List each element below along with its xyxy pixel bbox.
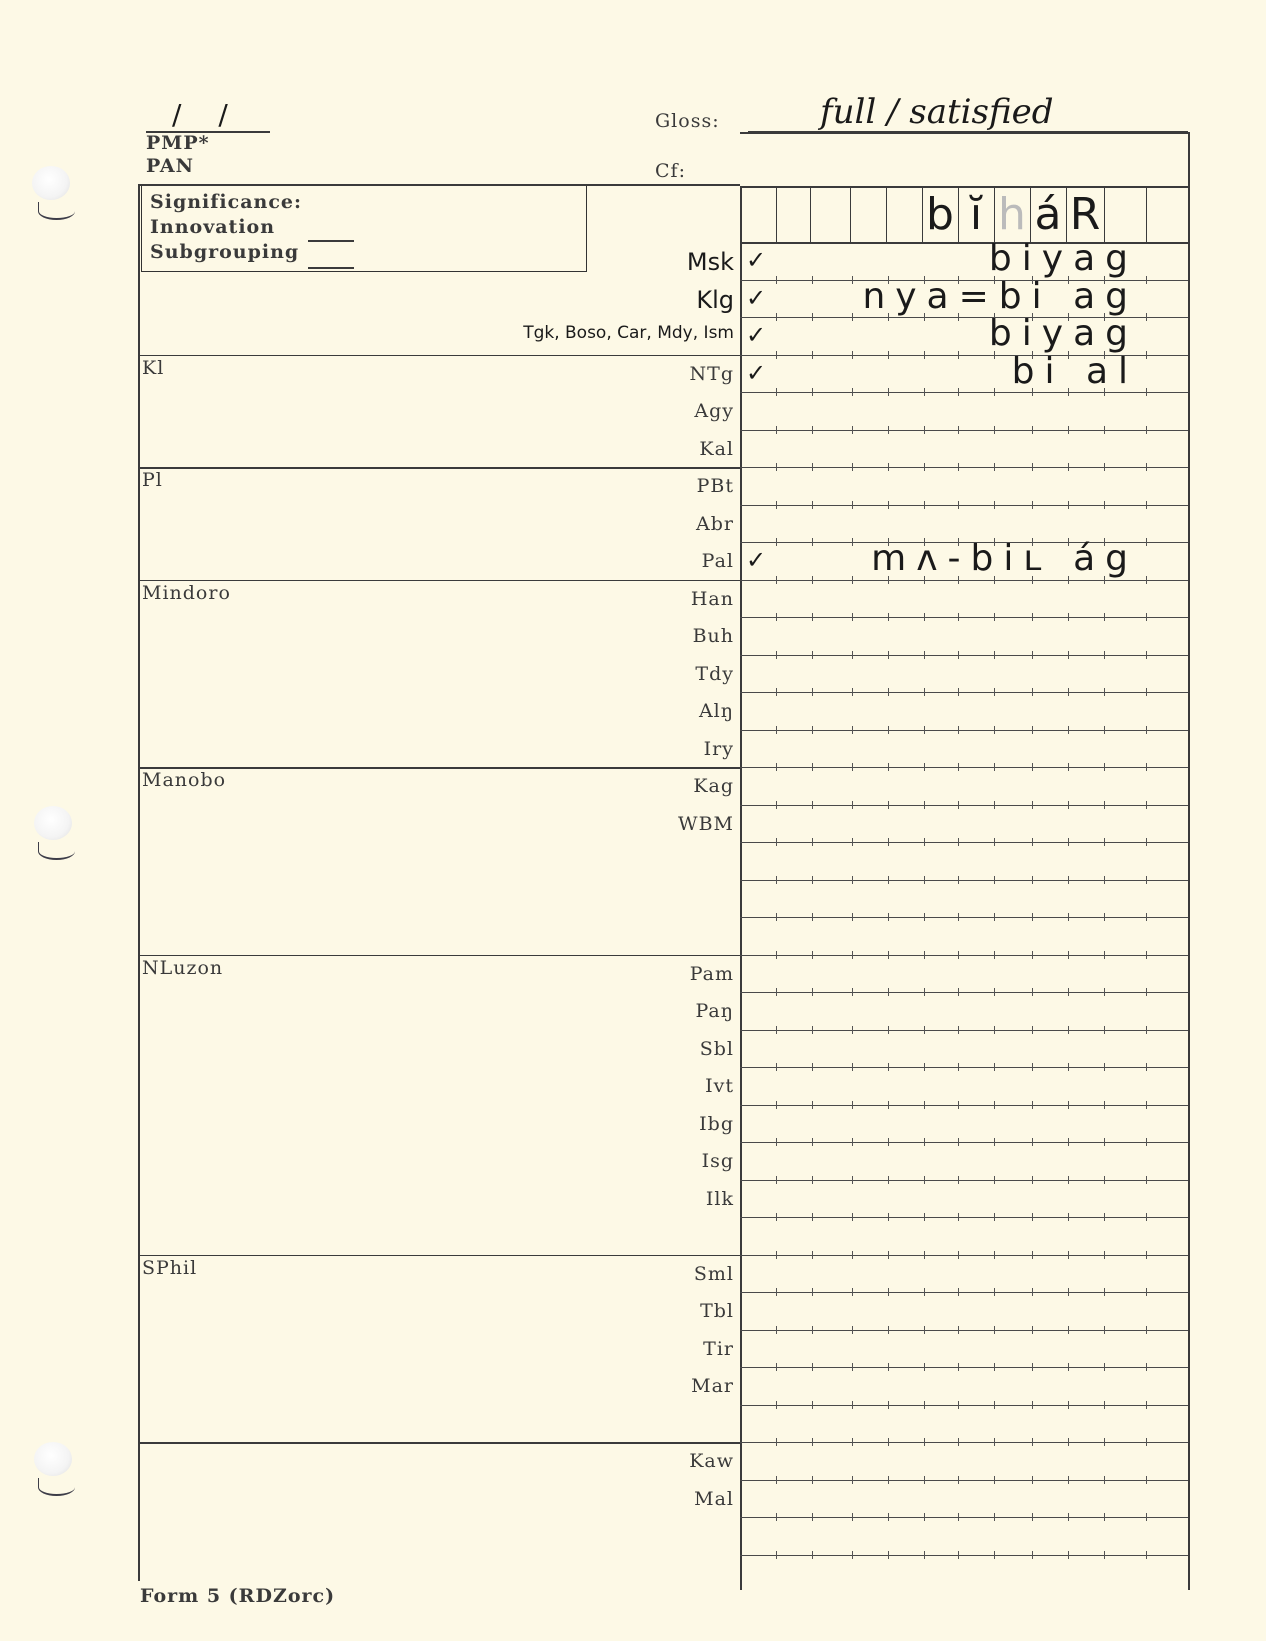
- language-label: Agy: [694, 400, 734, 422]
- row-tick: [888, 726, 889, 734]
- row-tick: [888, 1138, 889, 1146]
- innovation-label: Innovation: [150, 216, 275, 238]
- language-label: Isg: [702, 1150, 734, 1172]
- subgrouping-blank[interactable]: [308, 267, 354, 269]
- language-label: PBt: [697, 475, 734, 497]
- row-tick: [1068, 801, 1069, 809]
- row-tick: [852, 1438, 853, 1446]
- row-tick: [994, 1213, 995, 1221]
- row-tick: [888, 1251, 889, 1259]
- innovation-blank[interactable]: [308, 240, 354, 242]
- language-label: Sml: [694, 1263, 734, 1285]
- language-label: Kaw: [689, 1450, 734, 1472]
- row-tick: [776, 1363, 777, 1371]
- row-tick: [1032, 1063, 1033, 1071]
- row-tick: [1068, 1288, 1069, 1296]
- row-tick: [852, 1026, 853, 1034]
- row-line: [740, 1292, 1188, 1293]
- row-tick: [958, 463, 959, 471]
- row-tick: [1104, 651, 1105, 659]
- row-tick: [1146, 913, 1147, 921]
- subgrouping-label: Subgrouping: [150, 241, 299, 263]
- group-label: Pl: [142, 469, 163, 491]
- language-label: NTg: [690, 363, 734, 385]
- row-tick: [852, 1326, 853, 1334]
- row-line: [740, 392, 1188, 393]
- row-tick: [852, 1476, 853, 1484]
- row-tick: [1146, 388, 1147, 396]
- row-tick: [888, 1438, 889, 1446]
- row-tick: [958, 388, 959, 396]
- row-tick: [852, 1551, 853, 1559]
- row-line: [740, 955, 1188, 956]
- check-mark-icon[interactable]: ✓: [746, 321, 766, 349]
- row-tick: [888, 988, 889, 996]
- row-tick: [1032, 463, 1033, 471]
- significance-title: Significance:: [150, 191, 302, 213]
- row-line: [740, 1517, 1188, 1518]
- recon-cell-divider: [1104, 186, 1105, 242]
- recon-cell[interactable]: h: [994, 190, 1030, 240]
- row-tick: [1146, 1476, 1147, 1484]
- row-tick: [776, 1551, 777, 1559]
- row-tick: [852, 426, 853, 434]
- row-tick: [852, 388, 853, 396]
- row-tick: [1146, 951, 1147, 959]
- row-line: [740, 1217, 1188, 1218]
- row-tick: [994, 613, 995, 621]
- row-tick: [924, 1138, 925, 1146]
- row-tick: [776, 1401, 777, 1409]
- row-tick: [776, 838, 777, 846]
- row-tick: [888, 1101, 889, 1109]
- row-tick: [776, 1176, 777, 1184]
- row-tick: [852, 988, 853, 996]
- row-tick: [852, 951, 853, 959]
- language-label: Pam: [690, 963, 734, 985]
- row-tick: [776, 1138, 777, 1146]
- row-line: [740, 842, 1188, 843]
- row-tick: [924, 1363, 925, 1371]
- row-tick: [1068, 1026, 1069, 1034]
- row-tick: [994, 951, 995, 959]
- row-line: [740, 1405, 1188, 1406]
- row-tick: [776, 276, 777, 284]
- row-tick: [852, 913, 853, 921]
- row-line: [740, 880, 1188, 881]
- row-tick: [776, 726, 777, 734]
- group-separator: [138, 355, 740, 357]
- row-tick: [1032, 1401, 1033, 1409]
- language-label: Tgk, Boso, Car, Mdy, Ism: [523, 323, 734, 343]
- row-tick: [958, 576, 959, 584]
- group-separator: [138, 1255, 740, 1257]
- row-tick: [852, 801, 853, 809]
- row-tick: [1104, 1551, 1105, 1559]
- row-tick: [1068, 1551, 1069, 1559]
- group-separator: [138, 955, 740, 957]
- left-frame-line: [138, 184, 140, 1580]
- language-label: Buh: [693, 625, 734, 647]
- row-tick: [994, 576, 995, 584]
- row-tick: [958, 651, 959, 659]
- row-tick: [1032, 726, 1033, 734]
- row-tick: [1146, 1026, 1147, 1034]
- row-tick: [888, 1063, 889, 1071]
- row-tick: [924, 1026, 925, 1034]
- row-tick: [958, 688, 959, 696]
- reflex-form[interactable]: biyag: [780, 238, 1178, 279]
- row-tick: [1104, 1363, 1105, 1371]
- language-label: Tir: [703, 1338, 734, 1360]
- row-tick: [958, 1476, 959, 1484]
- row-tick: [1146, 1176, 1147, 1184]
- gloss-value[interactable]: full / satisfied: [820, 92, 1054, 132]
- row-tick: [1068, 388, 1069, 396]
- punch-hole: [32, 166, 70, 200]
- row-tick: [924, 913, 925, 921]
- row-tick: [994, 1401, 995, 1409]
- row-tick: [888, 1363, 889, 1371]
- row-tick: [1146, 763, 1147, 771]
- language-label: Mar: [691, 1375, 734, 1397]
- top-frame-line: [740, 132, 1188, 134]
- row-tick: [994, 651, 995, 659]
- row-line: [740, 1105, 1188, 1106]
- row-tick: [776, 651, 777, 659]
- row-tick: [1068, 1363, 1069, 1371]
- row-tick: [776, 351, 777, 359]
- row-tick: [1068, 1101, 1069, 1109]
- row-tick: [888, 838, 889, 846]
- left-bottom: [138, 1580, 140, 1581]
- row-tick: [994, 1101, 995, 1109]
- row-tick: [924, 1401, 925, 1409]
- row-tick: [994, 1363, 995, 1371]
- row-tick: [812, 1476, 813, 1484]
- row-tick: [924, 651, 925, 659]
- row-tick: [1068, 913, 1069, 921]
- recon-cell[interactable]: b: [922, 190, 958, 240]
- row-tick: [852, 651, 853, 659]
- row-tick: [1068, 1176, 1069, 1184]
- row-tick: [776, 388, 777, 396]
- row-line: [740, 505, 1188, 506]
- row-tick: [1068, 688, 1069, 696]
- language-label: Msk: [687, 248, 734, 276]
- row-tick: [958, 951, 959, 959]
- row-tick: [1068, 1063, 1069, 1071]
- row-tick: [1104, 426, 1105, 434]
- row-tick: [1146, 501, 1147, 509]
- language-label: Kag: [693, 775, 734, 797]
- row-line: [740, 1255, 1188, 1256]
- row-tick: [888, 763, 889, 771]
- row-tick: [888, 1026, 889, 1034]
- row-tick: [1104, 951, 1105, 959]
- row-tick: [812, 1551, 813, 1559]
- row-tick: [776, 988, 777, 996]
- language-label: Alŋ: [699, 700, 734, 722]
- row-tick: [994, 1251, 995, 1259]
- reflex-form[interactable]: mʌ-biʟ ág: [780, 538, 1178, 579]
- recon-cell[interactable]: á: [1030, 190, 1066, 240]
- row-tick: [1068, 838, 1069, 846]
- row-tick: [776, 1476, 777, 1484]
- row-line: [740, 1442, 1188, 1443]
- row-tick: [888, 1288, 889, 1296]
- form-label: Form 5 (RDZorc): [140, 1585, 335, 1607]
- gloss-label: Gloss:: [655, 110, 720, 132]
- row-tick: [1146, 801, 1147, 809]
- row-tick: [924, 1513, 925, 1521]
- row-tick: [852, 1401, 853, 1409]
- row-tick: [1104, 613, 1105, 621]
- row-tick: [1032, 988, 1033, 996]
- row-tick: [1068, 876, 1069, 884]
- row-tick: [994, 1551, 995, 1559]
- row-tick: [776, 576, 777, 584]
- row-tick: [1104, 726, 1105, 734]
- row-tick: [924, 1438, 925, 1446]
- row-tick: [1032, 1213, 1033, 1221]
- row-tick: [1104, 463, 1105, 471]
- reflex-form[interactable]: nya=bi ag: [780, 276, 1178, 317]
- row-tick: [994, 388, 995, 396]
- row-line: [740, 1030, 1188, 1031]
- row-tick: [1068, 501, 1069, 509]
- row-tick: [1032, 1551, 1033, 1559]
- row-tick: [958, 1513, 959, 1521]
- row-tick: [958, 1438, 959, 1446]
- row-tick: [776, 463, 777, 471]
- row-tick: [1068, 651, 1069, 659]
- row-tick: [1032, 1438, 1033, 1446]
- row-tick: [1146, 426, 1147, 434]
- row-tick: [852, 1288, 853, 1296]
- row-tick: [812, 876, 813, 884]
- group-separator: [138, 767, 740, 769]
- pmp-label: PMP*: [146, 132, 210, 154]
- recon-cell-divider: [1146, 186, 1147, 242]
- row-tick: [924, 576, 925, 584]
- row-tick: [1032, 426, 1033, 434]
- row-tick: [852, 1138, 853, 1146]
- row-tick: [924, 1551, 925, 1559]
- language-label: Ilk: [706, 1188, 734, 1210]
- row-line: [740, 917, 1188, 918]
- language-label: Pal: [702, 550, 734, 572]
- group-label: Kl: [142, 357, 164, 379]
- row-tick: [812, 1026, 813, 1034]
- row-tick: [994, 913, 995, 921]
- row-tick: [812, 1213, 813, 1221]
- language-label: Iry: [704, 738, 734, 760]
- row-line: [740, 430, 1188, 431]
- row-tick: [852, 838, 853, 846]
- punch-hole-shadow: [38, 1478, 75, 1496]
- row-tick: [1146, 1363, 1147, 1371]
- row-tick: [888, 426, 889, 434]
- row-tick: [812, 1363, 813, 1371]
- row-tick: [1104, 1476, 1105, 1484]
- group-separator: [138, 467, 740, 469]
- row-tick: [1146, 576, 1147, 584]
- row-tick: [1146, 1513, 1147, 1521]
- row-tick: [924, 463, 925, 471]
- row-tick: [994, 876, 995, 884]
- row-tick: [1104, 1401, 1105, 1409]
- reflex-form[interactable]: biyag: [780, 313, 1178, 354]
- row-tick: [812, 1101, 813, 1109]
- row-tick: [924, 1176, 925, 1184]
- row-tick: [852, 688, 853, 696]
- reflex-form[interactable]: bi al: [780, 351, 1178, 392]
- group-label: SPhil: [142, 1257, 197, 1279]
- row-tick: [888, 1476, 889, 1484]
- row-tick: [1032, 651, 1033, 659]
- row-tick: [1146, 463, 1147, 471]
- check-mark-icon[interactable]: ✓: [746, 359, 766, 387]
- row-tick: [994, 688, 995, 696]
- row-tick: [1068, 613, 1069, 621]
- check-mark-icon[interactable]: ✓: [746, 284, 766, 312]
- row-tick: [1032, 688, 1033, 696]
- row-tick: [852, 463, 853, 471]
- language-label: Paŋ: [696, 1000, 735, 1022]
- row-tick: [888, 913, 889, 921]
- row-tick: [1032, 1326, 1033, 1334]
- row-tick: [888, 651, 889, 659]
- row-tick: [1104, 576, 1105, 584]
- row-tick: [924, 1063, 925, 1071]
- row-tick: [1104, 501, 1105, 509]
- row-tick: [1104, 1026, 1105, 1034]
- row-tick: [776, 913, 777, 921]
- row-tick: [958, 1401, 959, 1409]
- row-tick: [994, 838, 995, 846]
- row-tick: [776, 1251, 777, 1259]
- row-tick: [924, 1213, 925, 1221]
- recon-cell[interactable]: R: [1066, 190, 1104, 240]
- row-tick: [776, 1326, 777, 1334]
- row-tick: [812, 1401, 813, 1409]
- row-tick: [1146, 1401, 1147, 1409]
- language-label: Sbl: [700, 1038, 734, 1060]
- row-tick: [812, 951, 813, 959]
- row-tick: [994, 726, 995, 734]
- row-line: [740, 767, 1188, 768]
- row-tick: [776, 538, 777, 546]
- row-tick: [1032, 1288, 1033, 1296]
- row-tick: [958, 1251, 959, 1259]
- row-tick: [852, 613, 853, 621]
- row-tick: [888, 1513, 889, 1521]
- row-tick: [1146, 876, 1147, 884]
- row-tick: [958, 1213, 959, 1221]
- row-line: [740, 730, 1188, 731]
- row-tick: [1104, 1326, 1105, 1334]
- row-tick: [1068, 426, 1069, 434]
- pan-label: PAN: [146, 155, 194, 177]
- row-line: [740, 805, 1188, 806]
- row-tick: [958, 1176, 959, 1184]
- row-tick: [776, 1063, 777, 1071]
- row-line: [740, 655, 1188, 656]
- recon-cell[interactable]: ĭ: [958, 190, 994, 240]
- row-tick: [776, 951, 777, 959]
- row-tick: [924, 988, 925, 996]
- row-tick: [994, 1176, 995, 1184]
- row-tick: [776, 763, 777, 771]
- row-tick: [958, 988, 959, 996]
- row-tick: [776, 1288, 777, 1296]
- language-label: WBM: [678, 813, 734, 835]
- row-tick: [1104, 1288, 1105, 1296]
- row-tick: [852, 876, 853, 884]
- row-tick: [1032, 763, 1033, 771]
- row-tick: [1104, 1063, 1105, 1071]
- row-tick: [812, 913, 813, 921]
- row-tick: [958, 426, 959, 434]
- row-tick: [1146, 1063, 1147, 1071]
- language-label: Klg: [696, 286, 734, 314]
- row-tick: [958, 1326, 959, 1334]
- row-tick: [958, 913, 959, 921]
- row-tick: [1104, 388, 1105, 396]
- check-mark-icon[interactable]: ✓: [746, 546, 766, 574]
- row-tick: [888, 1401, 889, 1409]
- row-line: [740, 1480, 1188, 1481]
- row-tick: [776, 1026, 777, 1034]
- row-tick: [1104, 1101, 1105, 1109]
- row-tick: [888, 1551, 889, 1559]
- row-tick: [1032, 1513, 1033, 1521]
- row-tick: [812, 1438, 813, 1446]
- row-tick: [1032, 951, 1033, 959]
- row-line: [740, 467, 1188, 468]
- row-tick: [1032, 1026, 1033, 1034]
- row-tick: [812, 463, 813, 471]
- row-tick: [994, 988, 995, 996]
- row-tick: [888, 463, 889, 471]
- row-line: [740, 992, 1188, 993]
- row-tick: [958, 726, 959, 734]
- check-mark-icon[interactable]: ✓: [746, 246, 766, 274]
- row-tick: [994, 1438, 995, 1446]
- row-tick: [924, 1251, 925, 1259]
- row-tick: [776, 1438, 777, 1446]
- row-tick: [1146, 1251, 1147, 1259]
- row-tick: [1146, 1288, 1147, 1296]
- row-tick: [1104, 801, 1105, 809]
- row-tick: [958, 876, 959, 884]
- row-tick: [1068, 1513, 1069, 1521]
- row-tick: [958, 1026, 959, 1034]
- row-tick: [994, 1476, 995, 1484]
- row-tick: [1104, 1438, 1105, 1446]
- row-tick: [1032, 1251, 1033, 1259]
- row-tick: [852, 1101, 853, 1109]
- row-tick: [1146, 1138, 1147, 1146]
- language-label: Kal: [699, 438, 734, 460]
- row-tick: [994, 501, 995, 509]
- group-label: Mindoro: [142, 582, 231, 604]
- row-tick: [958, 1551, 959, 1559]
- row-tick: [924, 1101, 925, 1109]
- row-tick: [994, 1026, 995, 1034]
- row-tick: [852, 1063, 853, 1071]
